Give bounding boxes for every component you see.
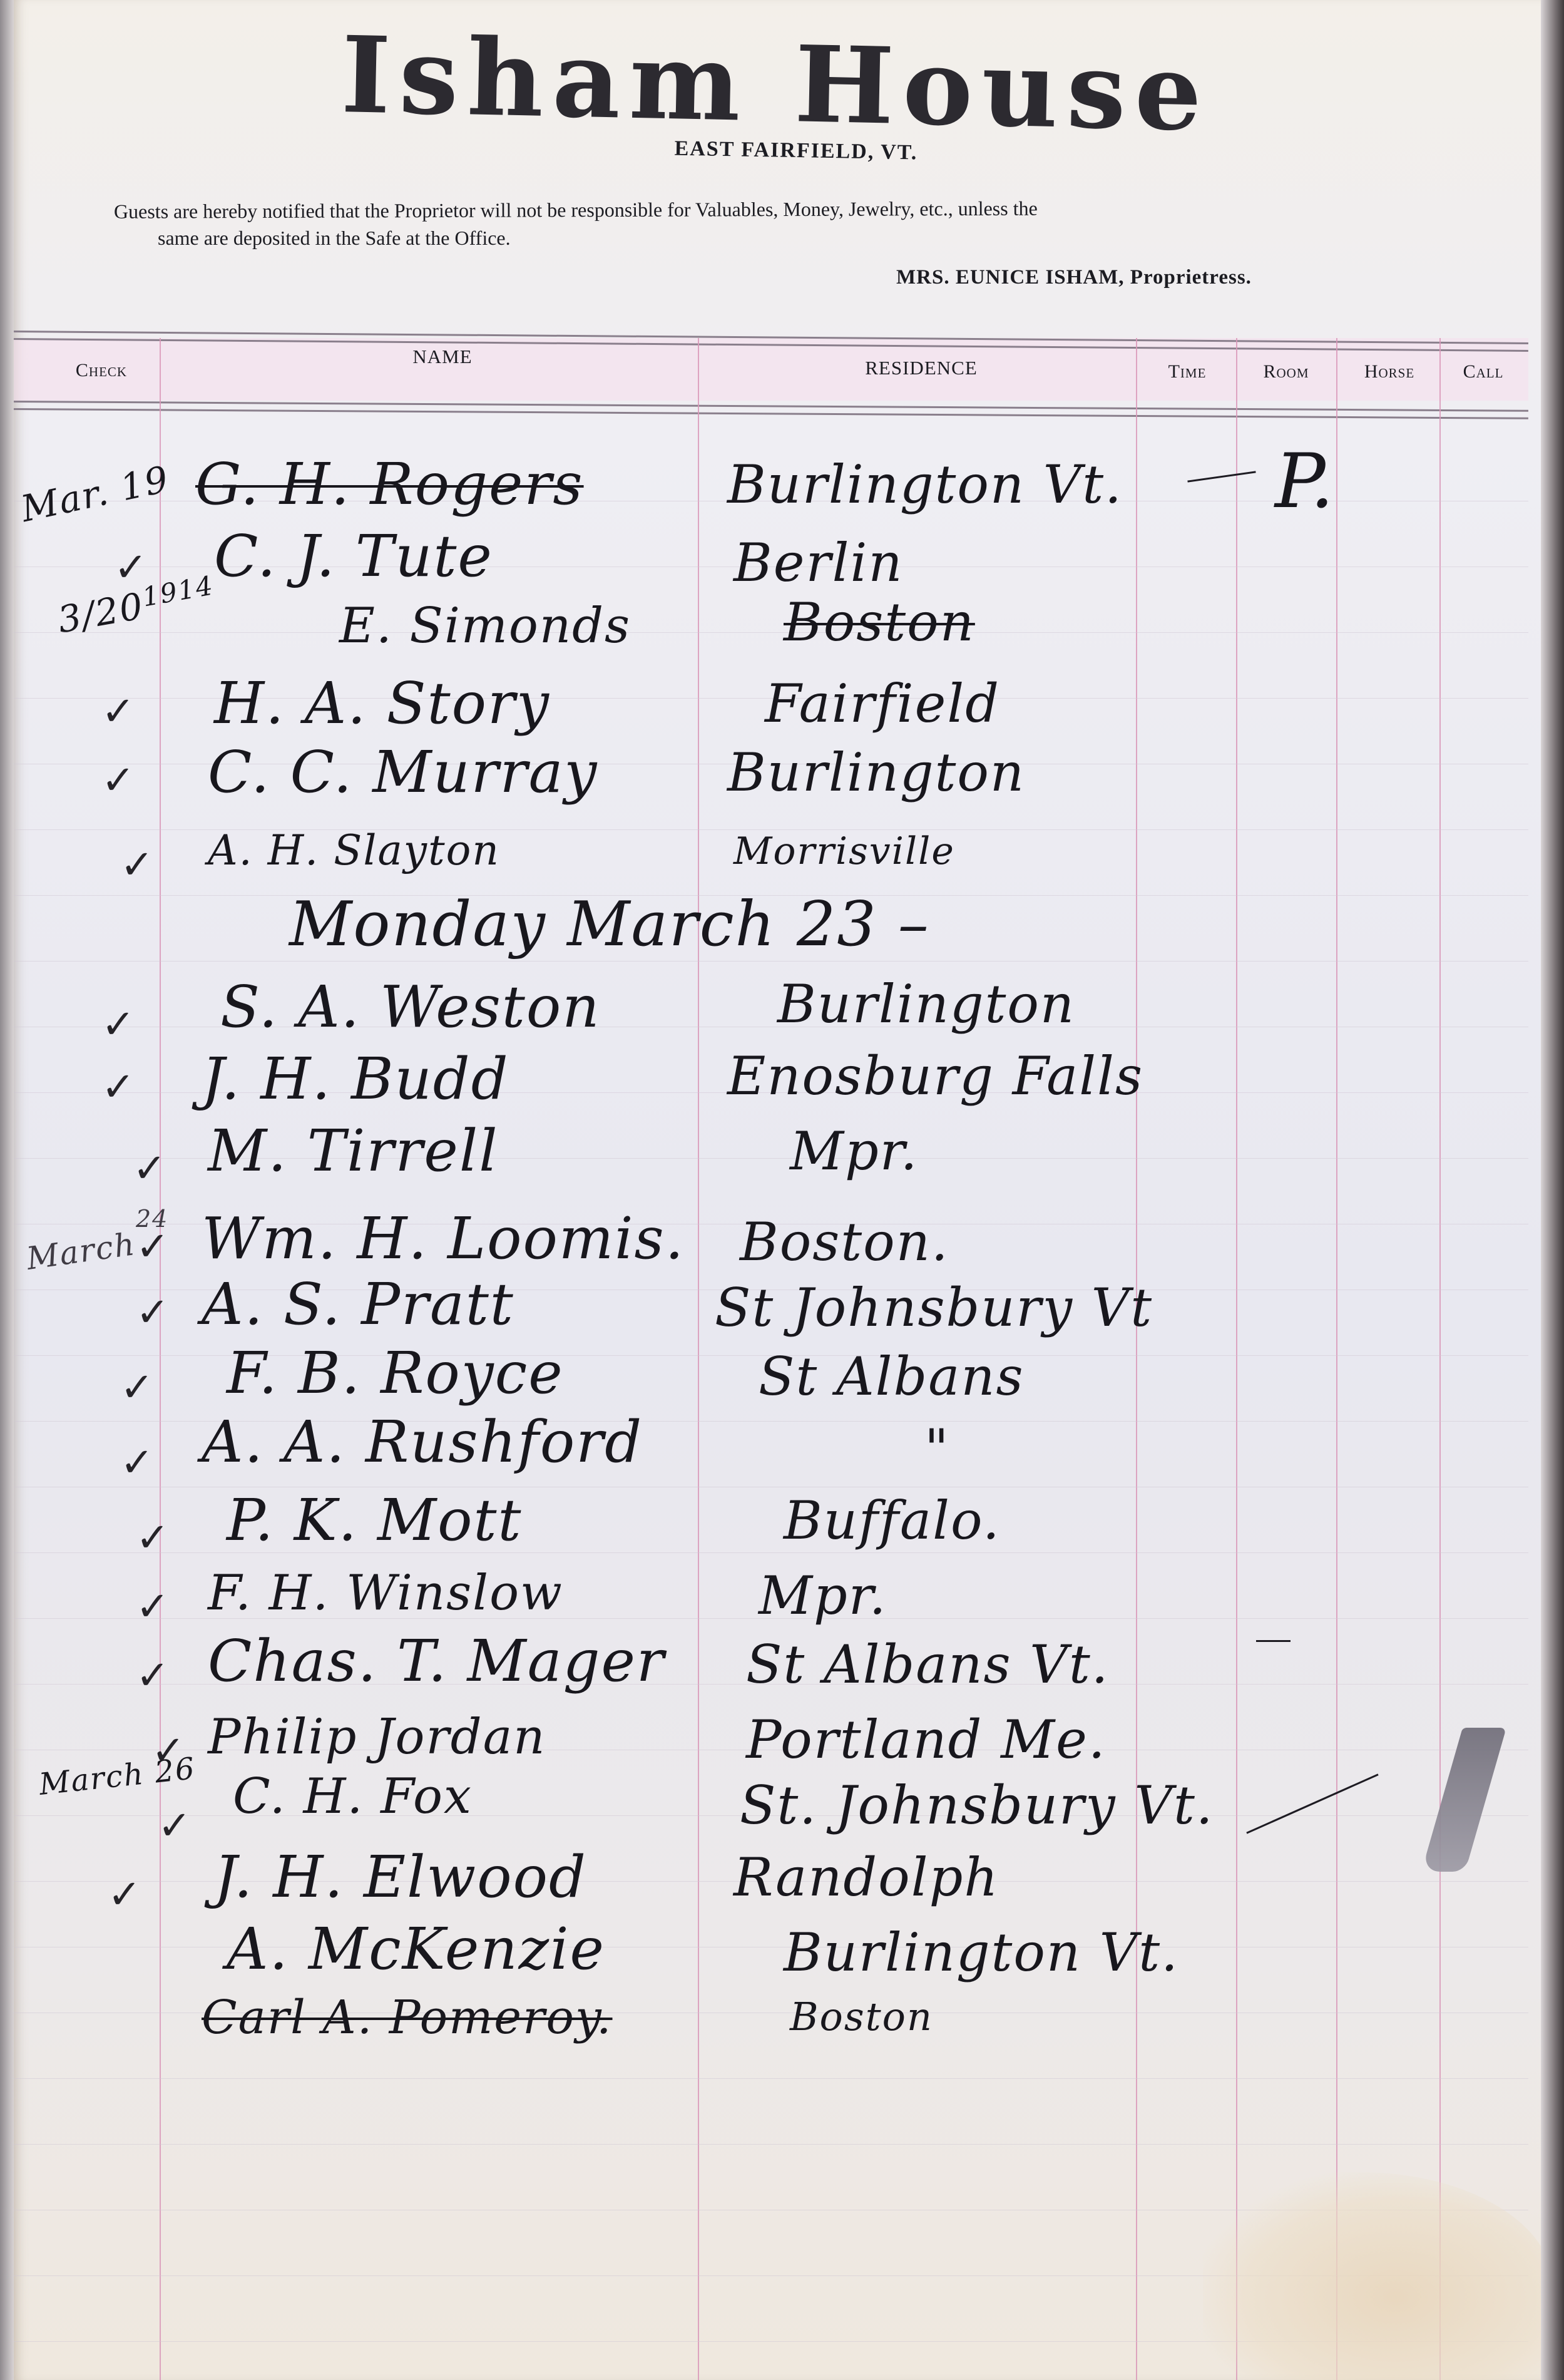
column-header-residence: RESIDENCE	[796, 357, 1046, 379]
column-header-time: Time	[1140, 361, 1234, 382]
column-divider	[698, 338, 699, 2380]
column-header-room: Room	[1239, 361, 1333, 382]
check-mark: ✓	[133, 1146, 168, 1192]
guest-name: A. McKenzie	[227, 1916, 605, 1982]
check-mark: ✓	[101, 689, 136, 735]
guest-residence: Burlington	[777, 973, 1075, 1035]
guest-residence: St Albans Vt.	[746, 1634, 1109, 1695]
column-header-call: Call	[1443, 361, 1524, 382]
ledger-line	[14, 961, 1528, 962]
guest-residence: Mpr.	[759, 1565, 887, 1626]
guest-residence: Boston	[790, 1994, 933, 2039]
guest-residence: St Johnsbury Vt	[715, 1277, 1153, 1338]
column-divider	[1336, 338, 1337, 2380]
book-binding-left	[0, 0, 14, 2380]
book-binding-right	[1541, 0, 1564, 2380]
guest-name: M. Tirrell	[208, 1117, 499, 1184]
notice-line-2: same are deposited in the Safe at the Of…	[158, 227, 721, 250]
column-divider	[1136, 338, 1137, 2380]
check-mark: ✓	[120, 1365, 155, 1411]
margin-date-mar19: Mar. 19	[18, 458, 173, 530]
column-divider	[1236, 338, 1237, 2380]
notice-line-1: Guests are hereby notified that the Prop…	[114, 195, 1459, 223]
ledger-line	[14, 2078, 1528, 2079]
guest-name: J. H. Budd	[202, 1045, 509, 1112]
check-mark: ✓	[136, 1224, 171, 1270]
guest-residence: Mpr.	[790, 1121, 918, 1182]
guest-name: A. S. Pratt	[202, 1271, 514, 1338]
check-mark: ✓	[120, 842, 155, 888]
check-mark: ✓	[136, 1515, 171, 1561]
guest-residence: Boston	[784, 592, 975, 653]
check-mark: ✓	[101, 1064, 136, 1110]
check-mark: ✓	[120, 1440, 155, 1486]
guest-residence: Buffalo.	[784, 1490, 1001, 1551]
guest-residence: Berlin	[733, 532, 903, 593]
guest-residence: St Albans	[759, 1346, 1025, 1407]
guest-name: F. B. Royce	[227, 1340, 564, 1407]
proprietress-signature: MRS. EUNICE ISHAM, Proprietress.	[896, 266, 1459, 289]
day-heading: Monday March 23 –	[289, 889, 930, 960]
guest-name: A. A. Rushford	[202, 1408, 643, 1475]
guest-name: J. H. Elwood	[214, 1844, 587, 1911]
guest-name: P. K. Mott	[227, 1487, 523, 1554]
guest-residence: Enosburg Falls	[727, 1045, 1143, 1107]
guest-residence: St. Johnsbury Vt.	[740, 1775, 1214, 1836]
guest-name: Wm. H. Loomis.	[202, 1205, 685, 1272]
margin-year-1914: 1914	[140, 570, 217, 612]
check-mark: ✓	[108, 1872, 143, 1918]
masthead: Isham House EAST FAIRFIELD, VT. Guests a…	[14, 0, 1541, 326]
ledger-line	[14, 2144, 1528, 2145]
check-mark: ✓	[136, 1653, 171, 1699]
guest-residence: Portland Me.	[746, 1709, 1107, 1770]
guest-residence: Burlington	[727, 742, 1025, 803]
guest-name: C. J. Tute	[214, 523, 493, 590]
room-mark: P.	[1275, 438, 1334, 525]
column-divider	[160, 338, 161, 2380]
guest-residence: Morrisville	[733, 829, 955, 873]
check-mark: ✓	[101, 1002, 136, 1048]
pen-stroke	[1246, 1773, 1378, 1834]
guest-residence: Burlington Vt.	[784, 1922, 1179, 1983]
column-header-horse: Horse	[1339, 361, 1439, 382]
guest-name: E. Simonds	[339, 598, 631, 654]
check-mark: ✓	[136, 1584, 171, 1630]
header-rule-bottom	[14, 401, 1528, 419]
column-header-name: NAME	[364, 346, 521, 368]
guest-residence: Fairfield	[765, 673, 1000, 734]
guest-name: F. H. Winslow	[208, 1565, 563, 1621]
margin-date-march24-month: March	[24, 1226, 138, 1277]
register-page: Isham House EAST FAIRFIELD, VT. Guests a…	[14, 0, 1541, 2380]
check-mark: ✓	[158, 1803, 193, 1849]
guest-residence: Boston.	[740, 1211, 949, 1273]
guest-name: C. C. Murray	[208, 739, 598, 806]
hotel-title: Isham House	[337, 13, 1215, 155]
guest-name: Philip Jordan	[208, 1709, 546, 1765]
column-divider	[1439, 338, 1441, 2380]
column-header-check: Check	[58, 360, 145, 381]
check-mark: ✓	[101, 757, 136, 804]
check-mark: ✓	[136, 1290, 171, 1336]
guest-name: S. A. Weston	[220, 973, 601, 1040]
guest-residence: Randolph	[733, 1847, 999, 1908]
pen-stroke	[1187, 471, 1255, 482]
guest-name: G. H. Rogers	[195, 451, 584, 518]
ledger-line	[14, 632, 1528, 633]
guest-residence: Burlington Vt.	[727, 454, 1123, 515]
pen-stroke	[1256, 1640, 1291, 1642]
guest-name: A. H. Slayton	[208, 826, 500, 875]
check-mark: ✓	[114, 545, 149, 591]
guest-name: Carl A. Pomeroy.	[202, 1991, 613, 2044]
guest-name: Chas. T. Mager	[208, 1628, 665, 1695]
guest-name: C. H. Fox	[233, 1768, 473, 1825]
check-mark: ✓	[151, 1728, 187, 1774]
water-stain	[1203, 2172, 1553, 2380]
guest-residence: "	[924, 1418, 950, 1479]
guest-name: H. A. Story	[214, 670, 550, 737]
